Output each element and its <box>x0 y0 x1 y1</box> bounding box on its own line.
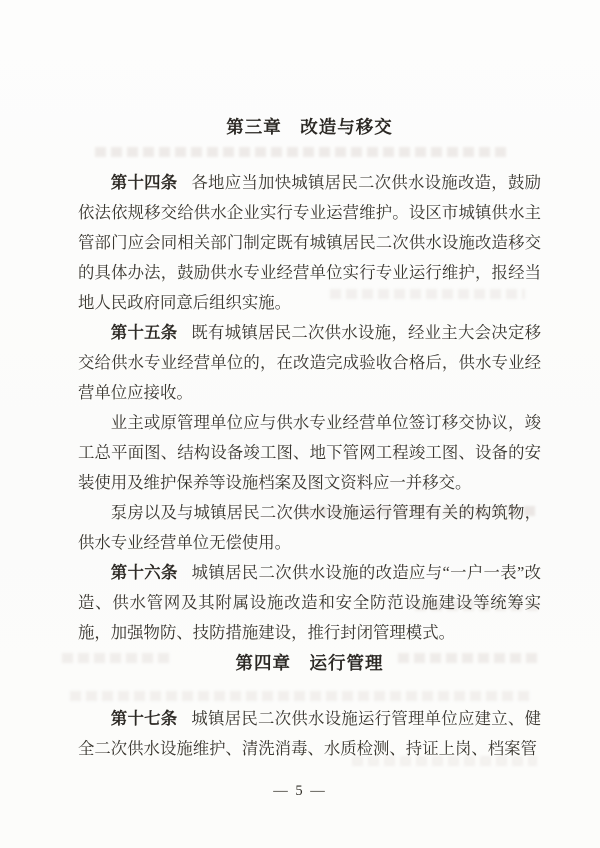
article-number: 第十四条 <box>111 174 178 192</box>
document-page: 第三章 改造与移交第十四条各地应当加快城镇居民二次供水设施改造，鼓励依法依规移交… <box>0 0 600 848</box>
paragraph-text: 各地应当加快城镇居民二次供水设施改造，鼓励依法依规移交给供水企业实行专业运营维护… <box>78 173 541 312</box>
paragraph: 第十六条城镇居民二次供水设施的改造应与“一户一表”改造、供水管网及其附属设施改造… <box>78 558 541 648</box>
paragraph-text: 泵房以及与城镇居民二次供水设施运行管理有关的构筑物，供水专业经营单位无偿使用。 <box>78 503 541 552</box>
article-number: 第十六条 <box>111 564 178 582</box>
paragraph: 第十五条既有城镇居民二次供水设施，经业主大会决定移交给供水专业经营单位的，在改造… <box>78 318 541 408</box>
chapter-heading: 第三章 改造与移交 <box>78 116 541 138</box>
paragraph-text: 业主或原管理单位应与供水专业经营单位签订移交协议，竣工总平面图、结构设备竣工图、… <box>78 413 541 492</box>
chapter-heading: 第四章 运行管理 <box>78 652 541 674</box>
document-content: 第三章 改造与移交第十四条各地应当加快城镇居民二次供水设施改造，鼓励依法依规移交… <box>78 0 541 764</box>
paragraph: 泵房以及与城镇居民二次供水设施运行管理有关的构筑物，供水专业经营单位无偿使用。 <box>78 498 541 558</box>
paragraph: 第十四条各地应当加快城镇居民二次供水设施改造，鼓励依法依规移交给供水企业实行专业… <box>78 168 541 318</box>
article-number: 第十五条 <box>111 324 178 342</box>
paragraph: 业主或原管理单位应与供水专业经营单位签订移交协议，竣工总平面图、结构设备竣工图、… <box>78 408 541 498</box>
page-number: — 5 — <box>0 783 600 800</box>
paragraph: 第十七条城镇居民二次供水设施运行管理单位应建立、健全二次供水设施维护、清洗消毒、… <box>78 704 541 764</box>
article-number: 第十七条 <box>111 710 178 728</box>
